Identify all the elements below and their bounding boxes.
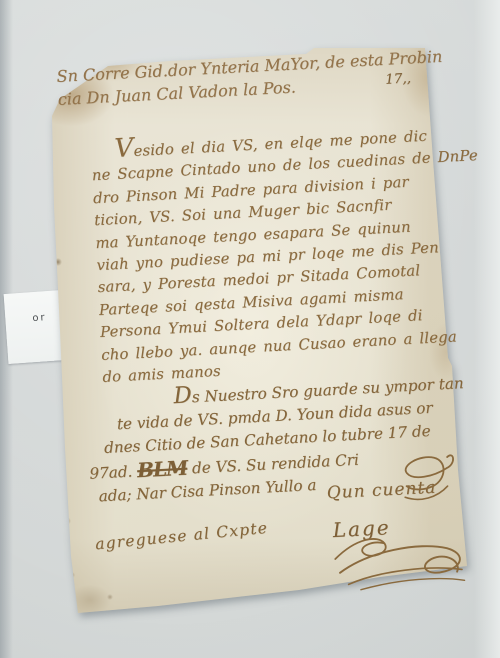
blm-monogram: BLM [137, 456, 188, 483]
scanned-manuscript-photo: or 17,, Sn Corre Gid.dor Ynteria MaYor, … [0, 0, 500, 658]
closing-date: 97ad. [89, 463, 133, 483]
letter-body: Vesido el dia VS, en elqe me pone dic ne… [90, 125, 460, 390]
letter-text: 17,, Sn Corre Gid.dor Ynteria MaYor, de … [55, 25, 470, 619]
ink-flourish [393, 449, 460, 508]
folio-number: 17,, [385, 70, 412, 87]
signature-rubric [328, 526, 481, 594]
notarial-annotation: agreguese al Cxpte [94, 517, 269, 557]
